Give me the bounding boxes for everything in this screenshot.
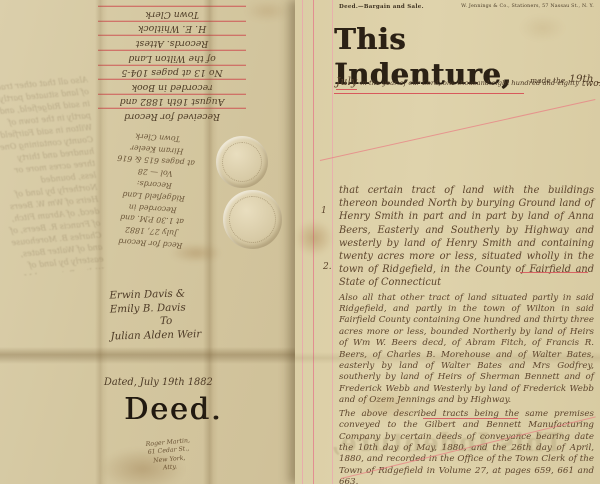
docket-dated-line: Dated, July 19th 1882: [104, 377, 213, 388]
date-parties-line: July in the year of our Lord, one thousa…: [336, 74, 592, 90]
docket-parties: Erwin Davis & Emily B. Davis To Julian A…: [109, 287, 222, 344]
stain: [245, 0, 290, 22]
wilton-note-line: Town Clerk: [98, 6, 246, 21]
description-paragraph-2: Also all that other tract of land situat…: [339, 293, 594, 407]
red-underline: [423, 418, 518, 419]
embossed-seal: [216, 136, 268, 188]
showthrough-title: This Indenture,: [330, 428, 563, 457]
wilton-note-line: H. E. Whitlock: [98, 21, 246, 36]
wilton-note-line: recorded in Book: [98, 79, 246, 94]
docket-grantee: Julian Alden Weir: [110, 327, 222, 343]
right-page: Deed.—Bargain and Sale. W. Jennings & Co…: [295, 0, 600, 484]
wilton-note-line: of the Wilton Land: [98, 50, 246, 65]
left-page: Also all that other tract of land situat…: [0, 0, 300, 484]
handwritten-year: two.: [582, 79, 600, 89]
document-photo: Also all that other tract of land situat…: [0, 0, 600, 484]
margin-number-2: 2.: [323, 262, 332, 272]
margin-rule: [302, 0, 303, 484]
horizontal-fold-crease: [0, 347, 300, 364]
wilton-note-line: Received for Record: [98, 108, 246, 123]
wilton-note-line: August 16th 1882 and: [98, 94, 246, 109]
description-paragraph-1: that certain tract of land with the buil…: [339, 184, 594, 290]
stationer-imprint: W. Jennings & Co., Stationers, 57 Nassau…: [461, 4, 594, 9]
attorney-address-block: Roger Martin, 61 Cedar St., New York, At…: [137, 436, 202, 475]
handwritten-month: July: [336, 75, 357, 90]
seal-ring: [229, 196, 276, 243]
margin-rule: [332, 0, 333, 484]
wilton-recording-note: Received for Record August 16th 1882 and…: [98, 6, 246, 123]
wilton-note-line: Records. Attest: [98, 35, 246, 50]
form-header-left: Deed.—Bargain and Sale.: [339, 4, 424, 10]
showthrough-handwriting: Also all that other tract of land situat…: [0, 74, 104, 277]
seal-ring: [222, 142, 262, 182]
margin-rule: [313, 0, 314, 484]
deed-title-label: Deed.: [124, 392, 222, 427]
red-underline: [520, 272, 588, 273]
embossed-seal: [223, 190, 282, 249]
ridgefield-recording-note: Recd for Record July 27, 1882 at 1.30 P.…: [86, 127, 222, 254]
wilton-note-line: No 13 at pages 104-5: [98, 64, 246, 79]
printed-year-phrase: in the year of our Lord, one thousand ei…: [360, 79, 579, 87]
cancel-line-diagonal: [320, 99, 596, 161]
margin-number-1: 1: [321, 206, 327, 216]
